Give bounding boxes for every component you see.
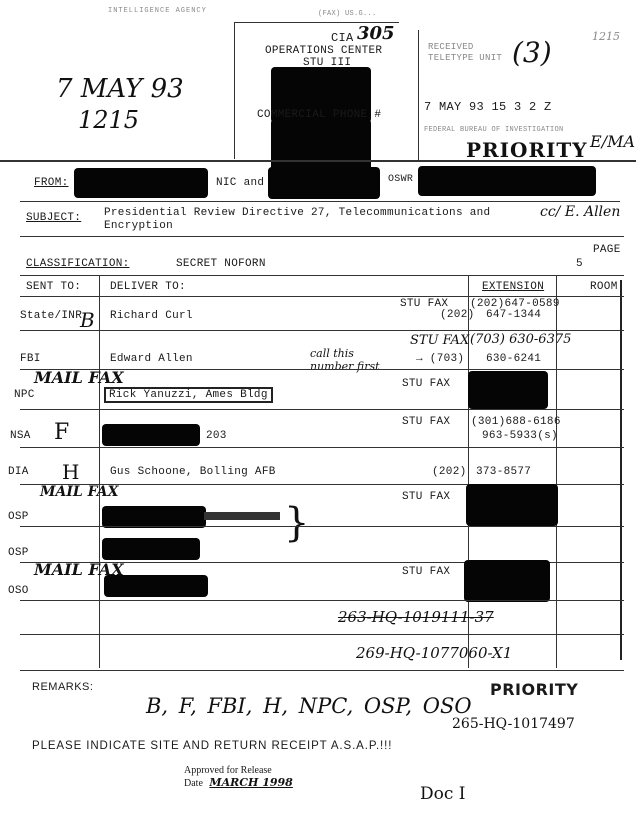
handwritten-note: number first	[310, 360, 380, 373]
header-deliver-to: DELIVER TO:	[110, 281, 186, 293]
sent-to-cell: OSP	[8, 547, 29, 559]
agency-header: INTELLIGENCE AGENCY	[108, 7, 207, 15]
fax-label: STU FAX	[402, 416, 450, 428]
redaction	[204, 512, 280, 520]
subject-line-1: Presidential Review Directive 27, Teleco…	[104, 207, 490, 219]
corner-number: 1215	[592, 30, 620, 43]
handwritten-mark: H	[62, 460, 79, 484]
extension-cell: 647-1344	[486, 309, 541, 321]
fax-label: STU FAX	[402, 378, 450, 390]
sent-to-cell: NPC	[14, 389, 35, 401]
sent-to-cell: State/INR	[20, 310, 82, 322]
redaction	[74, 168, 208, 198]
classification-label: CLASSIFICATION:	[26, 258, 130, 270]
header-extension: EXTENSION	[482, 281, 544, 293]
doc-label: Doc I	[420, 784, 466, 804]
deliver-to-cell: Richard Curl	[110, 310, 193, 322]
release-date: MARCH 1998	[209, 776, 292, 789]
from-label: FROM:	[34, 177, 69, 189]
deliver-to-cell: 203	[206, 430, 227, 442]
header-room: ROOM	[590, 281, 618, 293]
area-code: (202)	[432, 466, 467, 478]
redaction	[104, 575, 208, 597]
subject-label: SUBJECT:	[26, 212, 81, 224]
remarks-priority: PRIORITY	[490, 680, 578, 699]
handwritten-mark: F	[54, 420, 69, 445]
remarks-handwritten: B, F, FBI, H, NPC, OSP, OSO	[146, 694, 472, 718]
operations-center-label: OPERATIONS CENTER	[265, 45, 382, 57]
subject-line-2: Encryption	[104, 220, 173, 232]
subject-annotation: cc/ E. Allen	[540, 204, 620, 220]
handwritten-date: 7 MAY 93	[56, 74, 184, 104]
received-stamp: RECEIVED TELETYPE UNIT	[428, 42, 508, 64]
extension-cell: 630-6241	[486, 353, 541, 365]
operations-center-box: CIA 305 OPERATIONS CENTER STU III COMMER…	[234, 22, 399, 159]
handwritten-mark: MAIL FAX	[40, 484, 118, 500]
redaction	[102, 506, 206, 528]
date-label: Date	[184, 778, 203, 789]
deliver-to-cell: Gus Schoone, Bolling AFB	[110, 466, 276, 478]
extension-cell: 963-5933(s)	[482, 430, 558, 442]
redaction	[468, 371, 548, 409]
page-value: 5	[576, 258, 583, 270]
handwritten-mark: B	[80, 308, 95, 332]
remarks-file-ref: 265-HQ-1017497	[452, 716, 575, 732]
struck-file-number: 263-HQ-1019111-37	[338, 608, 494, 626]
area-code: → (703)	[416, 353, 464, 365]
circled-number: (3)	[512, 36, 552, 69]
priority-handwritten: PRIORITY	[466, 138, 588, 162]
redaction	[464, 560, 550, 602]
classification-value: SECRET NOFORN	[176, 258, 266, 270]
release-stamp: Approved for Release Date MARCH 1998	[184, 765, 293, 790]
sent-to-cell: FBI	[20, 353, 41, 365]
handwritten-number: 305	[357, 23, 395, 44]
sent-to-cell: NSA	[10, 430, 31, 442]
release-date-row: Date MARCH 1998	[184, 777, 293, 790]
page-label: PAGE	[593, 244, 621, 256]
redaction	[102, 424, 200, 446]
sent-to-cell: DIA	[8, 466, 29, 478]
nic-label: NIC and	[216, 177, 264, 189]
stamp-datetime: 7 MAY 93 15 3 2 Z	[424, 100, 552, 114]
oswr-label: OSWR	[388, 174, 413, 185]
return-receipt-instruction: PLEASE INDICATE SITE AND RETURN RECEIPT …	[32, 740, 392, 752]
initials: E/MA	[590, 132, 635, 151]
header-sent-to: SENT TO:	[26, 281, 81, 293]
fax-label: STU FAX	[402, 566, 450, 578]
area-code: (202)	[440, 309, 475, 321]
brace-icon: }	[284, 500, 309, 546]
sent-to-cell: OSP	[8, 511, 29, 523]
sent-to-cell: OSO	[8, 585, 29, 597]
file-number: 269-HQ-1077060-X1	[356, 644, 512, 662]
handwritten-fax-label: STU FAX	[410, 333, 469, 348]
deliver-to-cell: Rick Yanuzzi, Ames Bldg	[104, 387, 273, 403]
fax-label: (FAX) US.G...	[318, 10, 377, 18]
deliver-to-cell: Edward Allen	[110, 353, 193, 365]
handwritten-time: 1215	[78, 106, 139, 134]
extension-cell: (301)688-6186	[471, 416, 561, 428]
fbi-stamp: FEDERAL BUREAU OF INVESTIGATION	[424, 126, 564, 135]
redaction	[102, 538, 200, 560]
fax-label: STU FAX	[402, 491, 450, 503]
extension-cell: 373-8577	[476, 466, 531, 478]
cia-label: CIA	[331, 31, 354, 45]
redaction	[466, 484, 558, 526]
handwritten-mark: MAIL FAX	[34, 368, 124, 387]
redaction	[418, 166, 596, 196]
remarks-label: REMARKS:	[32, 681, 93, 693]
handwritten-note: call this	[310, 347, 354, 360]
handwritten-extension: (703) 630-6375	[470, 332, 571, 347]
redaction	[268, 167, 380, 199]
